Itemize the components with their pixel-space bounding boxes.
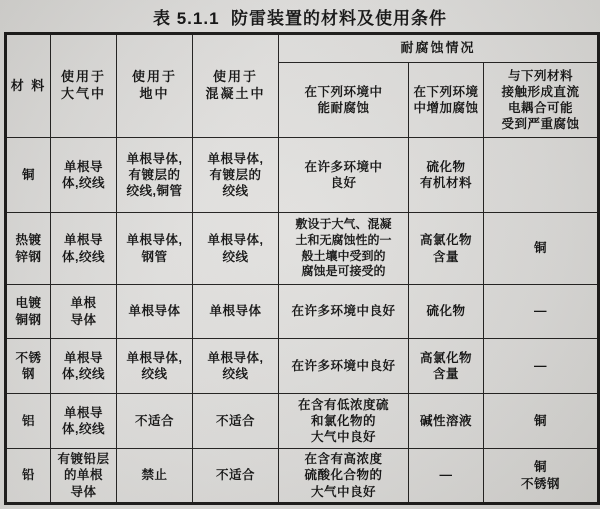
cell-coupling: 铜	[484, 213, 599, 285]
cell-ground: 单根导体, 绞线	[117, 339, 193, 394]
header-ground: 使用于 地中	[117, 34, 193, 138]
table-row: 铅 有镀铅层 的单根 导体 禁止 不适合 在含有高浓度 硫酸化合物的 大气中良好…	[6, 449, 599, 504]
cell-increased: 硫化物	[409, 285, 484, 339]
table-row: 热镀 锌钢 单根导 体,绞线 单根导体, 钢管 单根导体, 绞线 敷设于大气、混…	[6, 213, 599, 285]
cell-concrete: 单根导体, 绞线	[193, 213, 279, 285]
cell-resistant: 在许多环境中 良好	[279, 138, 409, 213]
cell-material: 不锈 钢	[6, 339, 51, 394]
header-concrete: 使用于 混凝土中	[193, 34, 279, 138]
cell-coupling: —	[484, 339, 599, 394]
cell-material: 铜	[6, 138, 51, 213]
header-material: 材 料	[6, 34, 51, 138]
cell-ground: 禁止	[117, 449, 193, 504]
header-atmosphere: 使用于 大气中	[51, 34, 117, 138]
cell-atmosphere: 有镀铅层 的单根 导体	[51, 449, 117, 504]
cell-ground: 单根导体, 有镀层的 绞线,铜管	[117, 138, 193, 213]
cell-concrete: 单根导体	[193, 285, 279, 339]
cell-ground: 不适合	[117, 394, 193, 449]
cell-increased: —	[409, 449, 484, 504]
header-increased: 在下列环境 中增加腐蚀	[409, 63, 484, 138]
cell-increased: 硫化物 有机材料	[409, 138, 484, 213]
cell-material: 铅	[6, 449, 51, 504]
cell-atmosphere: 单根导 体,绞线	[51, 339, 117, 394]
cell-material: 铝	[6, 394, 51, 449]
cell-resistant: 在许多环境中良好	[279, 339, 409, 394]
header-corrosion-group: 耐腐蚀情况	[279, 34, 599, 63]
cell-material: 电镀 铜钢	[6, 285, 51, 339]
page-title: 表 5.1.1 防雷装置的材料及使用条件	[0, 4, 600, 29]
header-group-row: 材 料 使用于 大气中 使用于 地中 使用于 混凝土中 耐腐蚀情况	[6, 34, 599, 63]
cell-coupling: —	[484, 285, 599, 339]
table-row: 铜 单根导 体,绞线 单根导体, 有镀层的 绞线,铜管 单根导体, 有镀层的 绞…	[6, 138, 599, 213]
table-row: 不锈 钢 单根导 体,绞线 单根导体, 绞线 单根导体, 绞线 在许多环境中良好…	[6, 339, 599, 394]
cell-increased: 碱性溶液	[409, 394, 484, 449]
cell-atmosphere: 单根 导体	[51, 285, 117, 339]
cell-increased: 高氯化物 含量	[409, 213, 484, 285]
cell-coupling: 铜	[484, 394, 599, 449]
cell-resistant: 在许多环境中良好	[279, 285, 409, 339]
cell-atmosphere: 单根导 体,绞线	[51, 213, 117, 285]
cell-increased: 高氯化物 含量	[409, 339, 484, 394]
table-row: 电镀 铜钢 单根 导体 单根导体 单根导体 在许多环境中良好 硫化物 —	[6, 285, 599, 339]
cell-resistant: 在含有低浓度硫 和氯化物的 大气中良好	[279, 394, 409, 449]
header-resistant: 在下列环境中 能耐腐蚀	[279, 63, 409, 138]
cell-coupling	[484, 138, 599, 213]
cell-coupling: 铜 不锈钢	[484, 449, 599, 504]
cell-ground: 单根导体	[117, 285, 193, 339]
cell-concrete: 不适合	[193, 449, 279, 504]
table-row: 铝 单根导 体,绞线 不适合 不适合 在含有低浓度硫 和氯化物的 大气中良好 碱…	[6, 394, 599, 449]
cell-material: 热镀 锌钢	[6, 213, 51, 285]
header-coupling: 与下列材料 接触形成直流 电耦合可能 受到严重腐蚀	[484, 63, 599, 138]
cell-resistant: 在含有高浓度 硫酸化合物的 大气中良好	[279, 449, 409, 504]
materials-table: 材 料 使用于 大气中 使用于 地中 使用于 混凝土中 耐腐蚀情况 在下列环境中…	[4, 32, 600, 505]
cell-concrete: 单根导体, 绞线	[193, 339, 279, 394]
cell-concrete: 单根导体, 有镀层的 绞线	[193, 138, 279, 213]
cell-resistant: 敷设于大气、混凝 土和无腐蚀性的一 般土壤中受到的 腐蚀是可接受的	[279, 213, 409, 285]
cell-atmosphere: 单根导 体,绞线	[51, 138, 117, 213]
cell-concrete: 不适合	[193, 394, 279, 449]
cell-atmosphere: 单根导 体,绞线	[51, 394, 117, 449]
cell-ground: 单根导体, 钢管	[117, 213, 193, 285]
